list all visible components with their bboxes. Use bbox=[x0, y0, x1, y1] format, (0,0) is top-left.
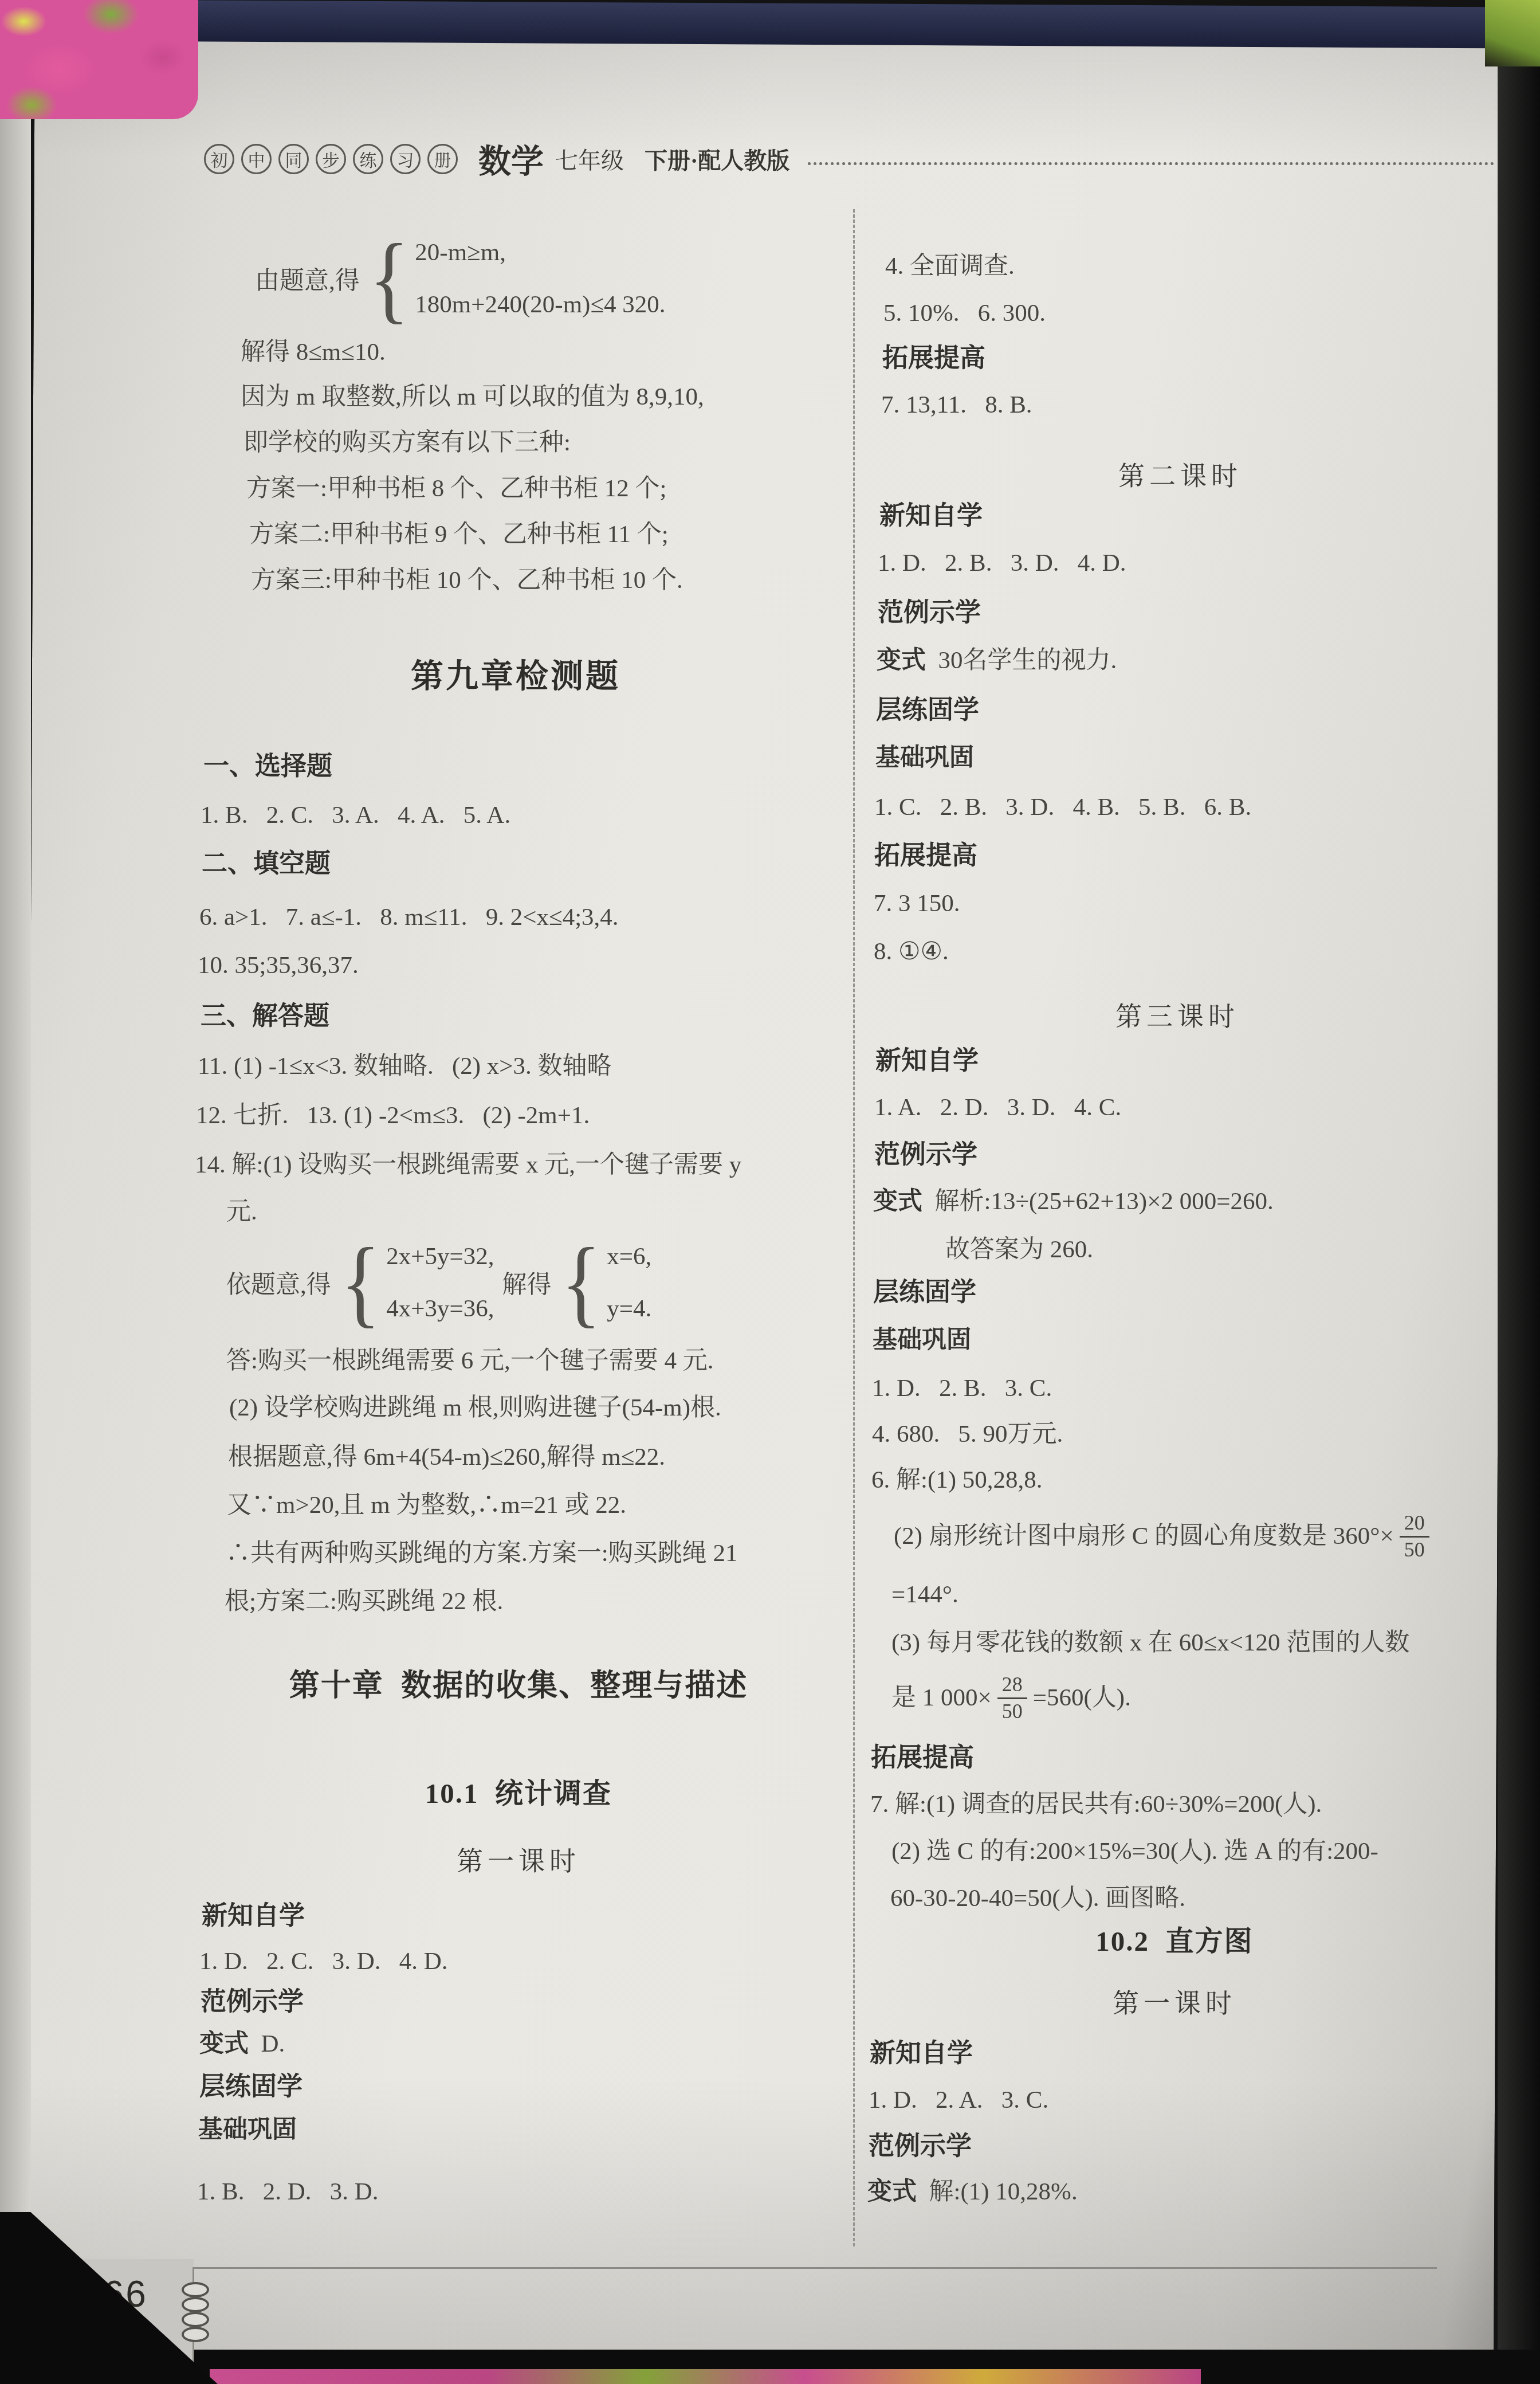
practice-heading: 层练固学 bbox=[876, 696, 979, 726]
variant-label: 变式 bbox=[873, 1188, 922, 1215]
section-10-1-title: 10.1 统计调查 bbox=[195, 1778, 842, 1810]
fill-answers-line: 6. a>1. 7. a≤-1. 8. m≤11. 9. 2<x≤4;3,4. bbox=[199, 903, 619, 931]
paragraph-line: 即学校的购买方案有以下三种: bbox=[243, 429, 571, 457]
variant-label: 变式 bbox=[877, 647, 926, 674]
plan-line: 方案三:甲种书柜 10 个、乙种书柜 10 个. bbox=[251, 566, 683, 594]
basic-heading: 基础巩固 bbox=[198, 2116, 297, 2144]
variant-label: 变式 bbox=[199, 2030, 249, 2057]
variant-answer-continuation: 故答案为 260. bbox=[945, 1236, 1093, 1264]
equation-line: 2x+5y=32, bbox=[386, 1242, 494, 1271]
example-heading: 范例示学 bbox=[874, 1140, 977, 1170]
spiral-ring-icon bbox=[182, 2312, 209, 2327]
answer-8b: 8. ①④. bbox=[874, 938, 949, 966]
lesson3-heading: 第三课时 bbox=[874, 1002, 1481, 1032]
equation-line: y=4. bbox=[607, 1295, 651, 1323]
series-badge-char: 中 bbox=[241, 144, 272, 174]
equation-intro: 依题意,得 bbox=[226, 1265, 331, 1300]
plan-line: 方案一:甲种书柜 8 个、乙种书柜 12 个; bbox=[246, 475, 666, 503]
basic-heading: 基础巩固 bbox=[873, 1326, 971, 1354]
equation-line: x=6, bbox=[607, 1242, 651, 1271]
new-knowledge-answers: 1. D. 2. C. 3. D. 4. D. bbox=[199, 1947, 448, 1975]
basic-heading: 基础巩固 bbox=[875, 744, 974, 772]
variant-answer-line: 变式 解析:13÷(25+62+13)×2 000=260. bbox=[873, 1187, 1274, 1215]
answer-14-part2-line: 又∵m>20,且 m 为整数,∴m=21 或 22. bbox=[227, 1491, 626, 1519]
practice-heading: 层练固学 bbox=[199, 2072, 302, 2102]
variant-answer-line: 变式 D. bbox=[199, 2030, 285, 2058]
answer-14-part2-line: 根;方案二:购买跳绳 22 根. bbox=[225, 1587, 503, 1616]
answer-7c-line: 7. 解:(1) 调查的居民共有:60÷30%=200(人). bbox=[870, 1790, 1322, 1818]
column-divider bbox=[853, 209, 855, 2246]
answer-14-line: 元. bbox=[226, 1198, 257, 1226]
extend-heading: 拓展提高 bbox=[871, 1743, 974, 1773]
equation-system-1: 由题意,得 { 20-m≥m, 180m+240(20-m)≤4 320. bbox=[255, 229, 666, 328]
fraction-denominator: 50 bbox=[1400, 1536, 1429, 1562]
equation-solution-lines: x=6, y=4. bbox=[607, 1242, 651, 1323]
basic-answers: 1. D. 2. B. 3. C. bbox=[872, 1374, 1052, 1402]
answer-6-line-fraction: (2) 扇形统计图中扇形 C 的圆心角度数是 360°× 20 50 bbox=[894, 1512, 1435, 1561]
fraction-numerator: 20 bbox=[1400, 1512, 1429, 1536]
practice-heading: 层练固学 bbox=[873, 1278, 976, 1308]
series-badge-char: 初 bbox=[204, 144, 234, 174]
variant-answer: 30名学生的视力. bbox=[926, 647, 1117, 674]
new-knowledge-answers: 1. D. 2. B. 3. D. 4. D. bbox=[878, 549, 1126, 577]
example-heading: 范例示学 bbox=[201, 1987, 304, 2017]
answer-12-13: 12. 七折. 13. (1) -2<m≤3. (2) -2m+1. bbox=[196, 1101, 590, 1130]
new-knowledge-heading: 新知自学 bbox=[879, 501, 983, 531]
new-knowledge-answers: 1. A. 2. D. 3. D. 4. C. bbox=[874, 1093, 1121, 1122]
answer-7c-line: (2) 选 C 的有:200×15%=30(人). 选 A 的有:200- bbox=[891, 1837, 1378, 1865]
series-badge-char: 册 bbox=[427, 144, 458, 174]
answer-11: 11. (1) -1≤x<3. 数轴略. (2) x>3. 数轴略 bbox=[198, 1052, 612, 1080]
equation-line: 180m+240(20-m)≤4 320. bbox=[415, 291, 665, 319]
basic-answers: 1. C. 2. B. 3. D. 4. B. 5. B. 6. B. bbox=[874, 793, 1251, 821]
answer-4-5b: 4. 680. 5. 90万元. bbox=[872, 1420, 1063, 1448]
dotted-leader bbox=[808, 162, 1494, 165]
equation-lines: 2x+5y=32, 4x+3y=36, bbox=[386, 1242, 494, 1323]
answer-5-6: 5. 10%. 6. 300. bbox=[883, 299, 1046, 327]
spiral-ring-icon bbox=[182, 2327, 209, 2342]
new-knowledge-heading: 新知自学 bbox=[870, 2039, 973, 2069]
section-10-2-title: 10.2 直方图 bbox=[871, 1926, 1478, 1958]
equation-lines: 20-m≥m, 180m+240(20-m)≤4 320. bbox=[415, 238, 665, 319]
chapter9-title: 第九章检测题 bbox=[195, 658, 836, 696]
answer-14-part2-line: (2) 设学校购进跳绳 m 根,则购进毽子(54-m)根. bbox=[229, 1394, 721, 1422]
volume-label: 下册·配人教版 bbox=[645, 143, 789, 175]
lesson1-heading: 第一课时 bbox=[195, 1846, 842, 1877]
answer-14-line: 14. 解:(1) 设购买一根跳绳需要 x 元,一个毽子需要 y bbox=[195, 1151, 741, 1179]
equation-system-2: 依题意,得 { 2x+5y=32, 4x+3y=36, 解得 { x=6, y=… bbox=[226, 1233, 651, 1332]
spiral-ring-icon bbox=[182, 2282, 209, 2297]
spiral-ring-icon bbox=[182, 2297, 209, 2312]
brace-left-icon: { bbox=[369, 229, 409, 328]
variant-answer: 解:(1) 10,28%. bbox=[917, 2178, 1078, 2205]
fraction-numerator: 28 bbox=[997, 1673, 1027, 1697]
section-solve-heading: 三、解答题 bbox=[201, 1002, 329, 1032]
answer-6-text: 是 1 000× bbox=[891, 1684, 992, 1712]
page-header: 初 中 同 步 练 习 册 数学 七年级 下册·配人教版 bbox=[204, 135, 1494, 182]
variant-label: 变式 bbox=[867, 2178, 917, 2205]
plan-line: 方案二:甲种书柜 9 个、乙种书柜 11 个; bbox=[249, 520, 669, 548]
example-heading: 范例示学 bbox=[869, 2132, 972, 2162]
answer-4: 4. 全面调查. bbox=[885, 252, 1015, 280]
grade-label: 七年级 bbox=[555, 143, 624, 175]
answer-7c-line: 60-30-20-40=50(人). 画图略. bbox=[890, 1884, 1185, 1912]
new-knowledge-heading: 新知自学 bbox=[875, 1046, 979, 1076]
variant-answer-line: 变式 解:(1) 10,28%. bbox=[867, 2178, 1078, 2206]
new-knowledge-answers: 1. D. 2. A. 3. C. bbox=[869, 2086, 1048, 2114]
solve-label: 解得 bbox=[502, 1265, 552, 1300]
brace-left-icon: { bbox=[561, 1233, 601, 1332]
extend-heading: 拓展提高 bbox=[874, 841, 977, 871]
answer-7b: 7. 3 150. bbox=[874, 889, 960, 917]
answer-14-part2-line: 根据题意,得 6m+4(54-m)≤260,解得 m≤22. bbox=[228, 1443, 665, 1471]
lesson1b-heading: 第一课时 bbox=[871, 1989, 1478, 2019]
chapter10-title: 第十章 数据的收集、整理与描述 bbox=[195, 1669, 842, 1704]
section-fill-heading: 二、填空题 bbox=[202, 849, 331, 879]
answer-6-text: (2) 扇形统计图中扇形 C 的圆心角度数是 360°× bbox=[894, 1522, 1394, 1550]
extend-heading: 拓展提高 bbox=[882, 344, 985, 374]
lesson2-heading: 第二课时 bbox=[877, 461, 1484, 492]
fraction-denominator: 50 bbox=[997, 1697, 1027, 1723]
answer-6-line: =144°. bbox=[891, 1581, 958, 1609]
variant-answer-line: 变式 30名学生的视力. bbox=[877, 646, 1117, 675]
series-badge-char: 习 bbox=[390, 144, 421, 174]
variant-answer: 解析:13÷(25+62+13)×2 000=260. bbox=[922, 1188, 1274, 1215]
equation-line: 4x+3y=36, bbox=[386, 1295, 494, 1323]
answer-7-8: 7. 13,11. 8. B. bbox=[881, 391, 1032, 419]
equation-line: 20-m≥m, bbox=[415, 238, 665, 266]
fraction-28-50: 28 50 bbox=[997, 1673, 1027, 1723]
answer-6-line: 6. 解:(1) 50,28,8. bbox=[871, 1466, 1043, 1494]
variant-answer: D. bbox=[249, 2030, 285, 2057]
new-knowledge-heading: 新知自学 bbox=[202, 1901, 305, 1931]
paragraph-line: 因为 m 取整数,所以 m 可以取的值为 8,9,10, bbox=[241, 383, 704, 411]
example-heading: 范例示学 bbox=[878, 598, 981, 628]
section-choice-heading: 一、选择题 bbox=[203, 752, 332, 782]
brace-left-icon: { bbox=[340, 1233, 380, 1332]
series-badge-char: 练 bbox=[353, 144, 383, 174]
series-badge-char: 同 bbox=[278, 144, 309, 174]
workbook-photo: 初 中 同 步 练 习 册 数学 七年级 下册·配人教版 由题意,得 { 20-… bbox=[0, 0, 1540, 2384]
basic-answers: 1. B. 2. D. 3. D. bbox=[197, 2178, 379, 2206]
answer-14-part2-line: ∴共有两种购买跳绳的方案.方案一:购买跳绳 21 bbox=[226, 1539, 737, 1567]
equation-intro: 由题意,得 bbox=[255, 261, 360, 296]
subject-title: 数学 bbox=[478, 135, 544, 182]
choice-answers: 1. B. 2. C. 3. A. 4. A. 5. A. bbox=[201, 801, 510, 829]
answer-14-conclusion: 答:购买一根跳绳需要 6 元,一个毽子需要 4 元. bbox=[226, 1347, 713, 1375]
answer-6-line-fraction: 是 1 000× 28 50 =560(人). bbox=[891, 1673, 1131, 1723]
fraction-20-50: 20 50 bbox=[1400, 1512, 1429, 1561]
page-content: 初 中 同 步 练 习 册 数学 七年级 下册·配人教版 由题意,得 { 20-… bbox=[0, 0, 1540, 2384]
series-badge-char: 步 bbox=[316, 144, 346, 174]
answer-6-text: =560(人). bbox=[1033, 1684, 1131, 1712]
footer-horizontal-rule bbox=[192, 2267, 1437, 2269]
fill-answers-line: 10. 35;35,36,37. bbox=[198, 951, 359, 979]
answer-6-line: (3) 每月零花钱的数额 x 在 60≤x<120 范围的人数 bbox=[891, 1629, 1409, 1657]
solve-result-line: 解得 8≤m≤10. bbox=[241, 338, 386, 366]
